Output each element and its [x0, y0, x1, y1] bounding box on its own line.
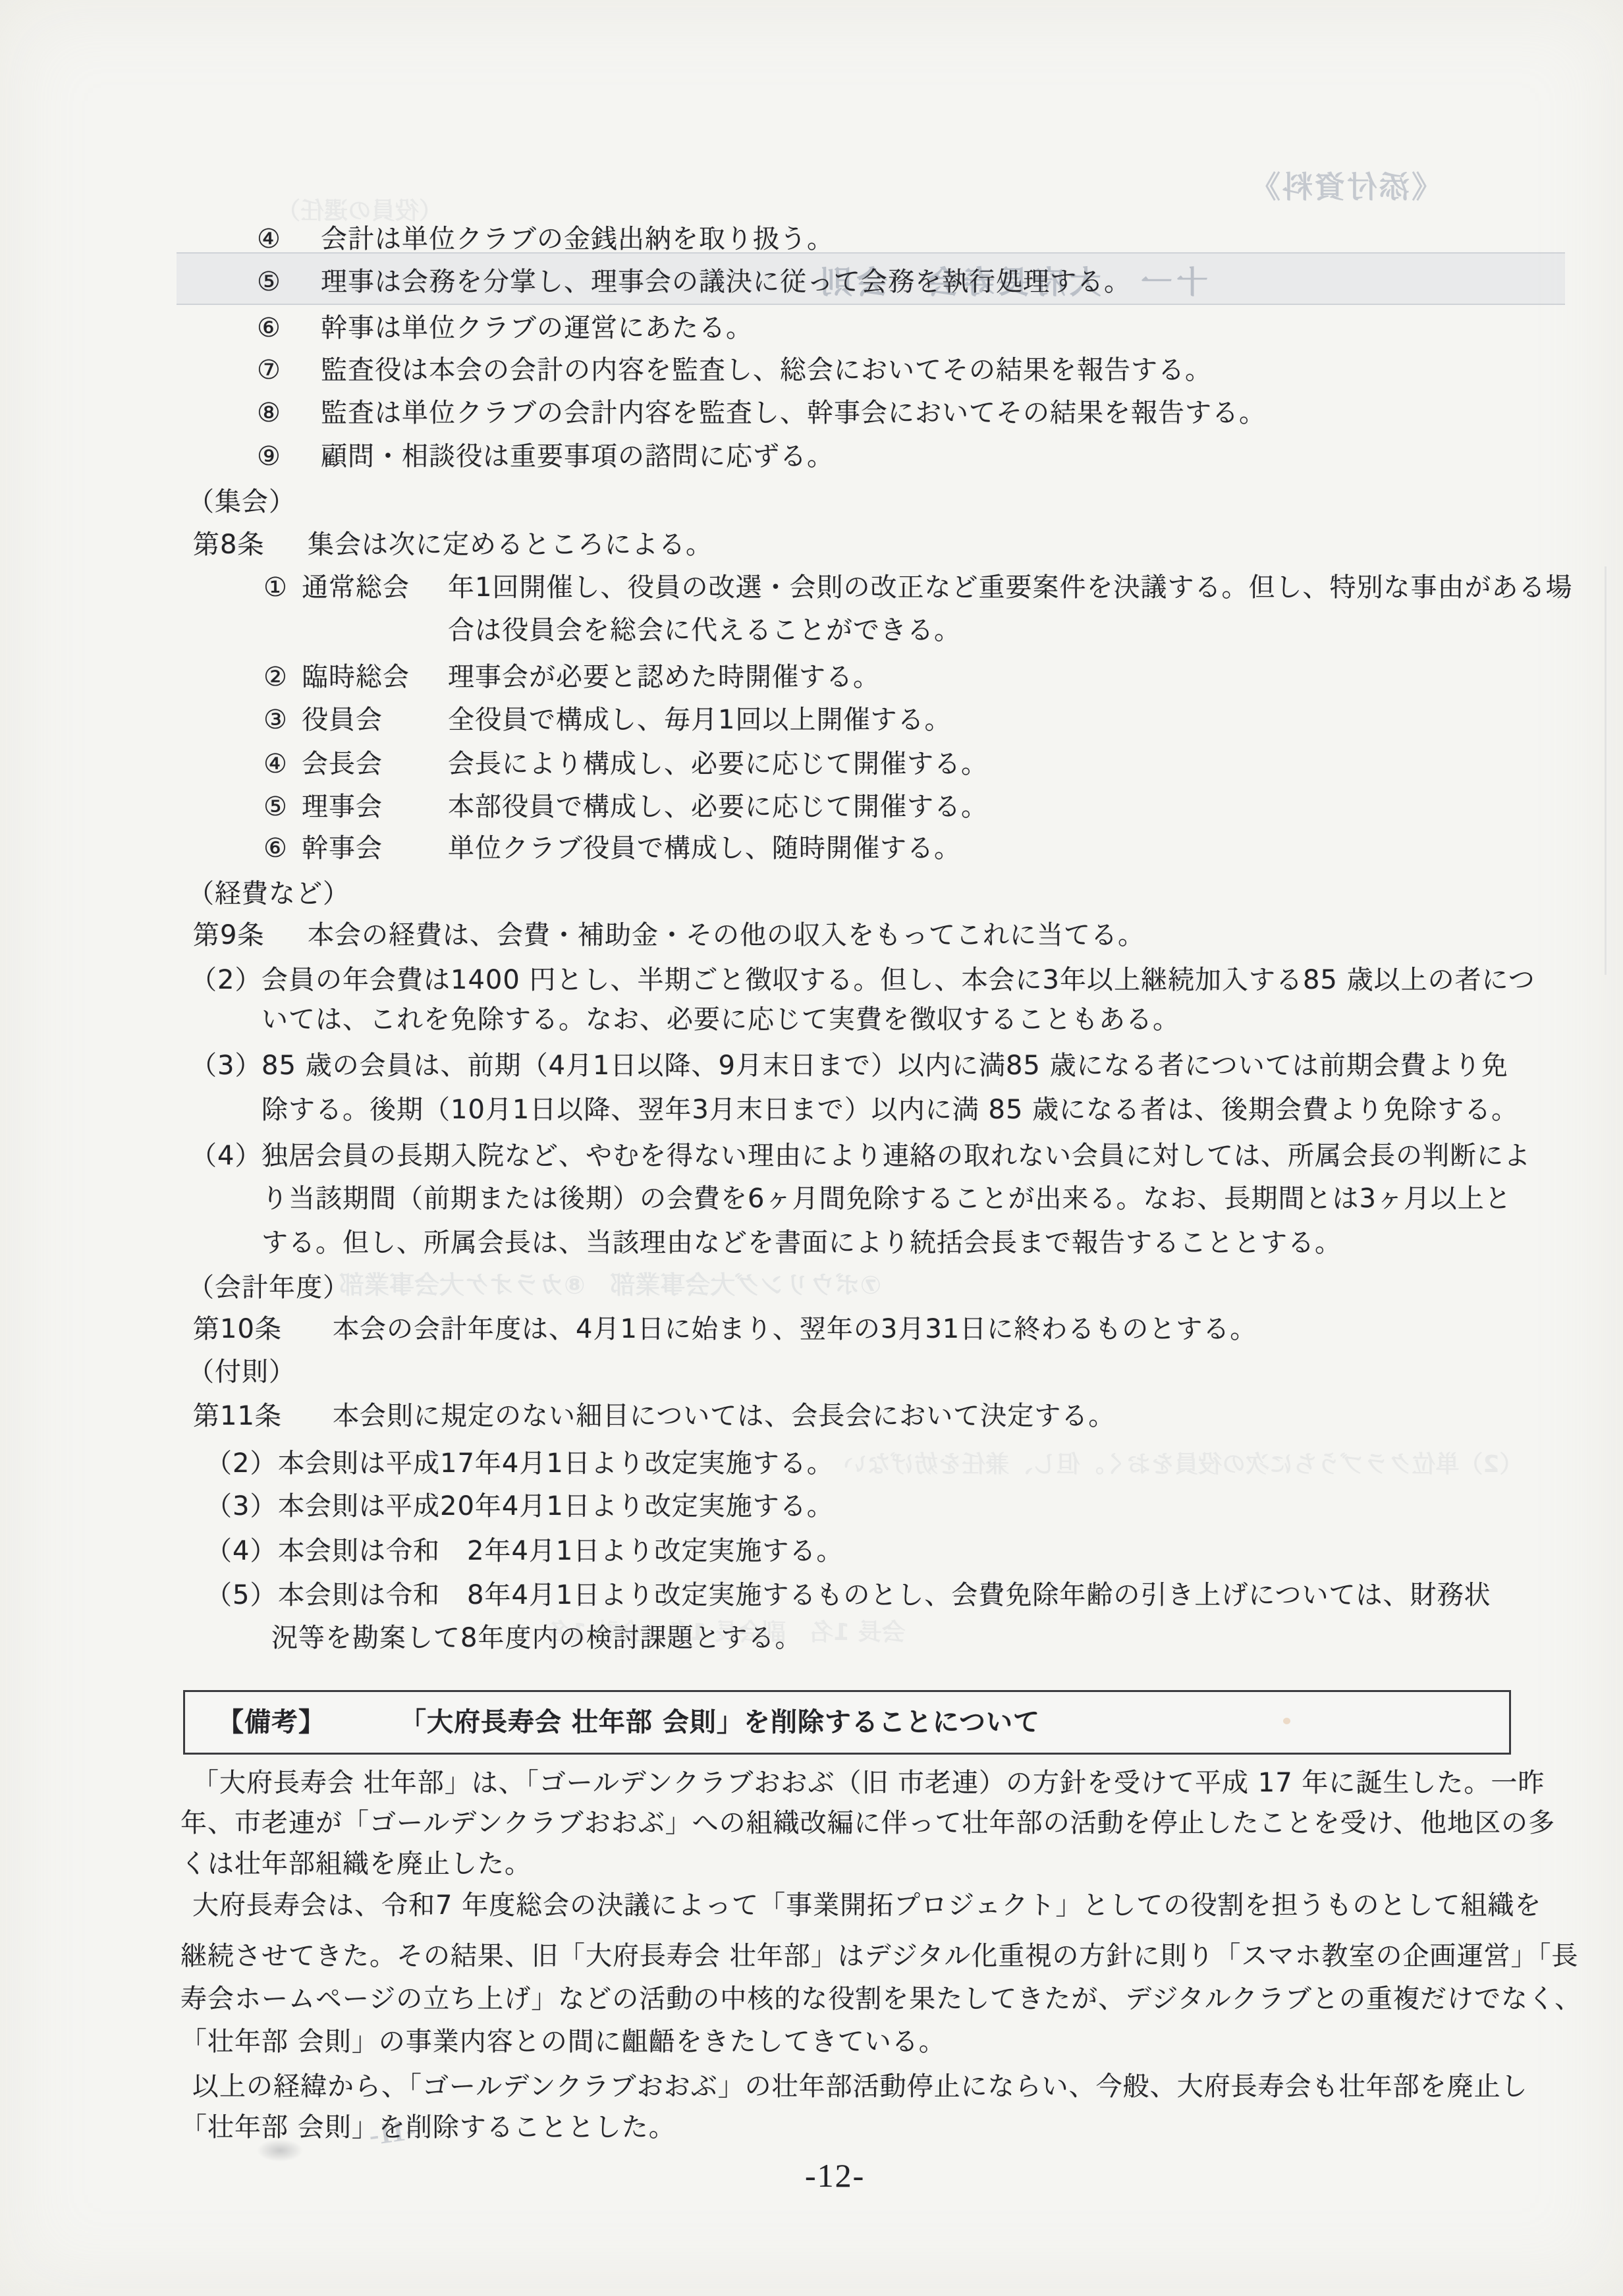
expense-item-3-marker: （3） [190, 1049, 261, 1082]
supplementary-item-2-marker: （2） [206, 1447, 277, 1480]
article-9-number: 第9条 [193, 919, 264, 952]
supplementary-section-label: （付則） [188, 1355, 296, 1388]
officer-duty-6-num: ⑥ [257, 312, 281, 344]
meeting-1-desc-line-2: 合は役員会を総会に代えることができる。 [448, 614, 961, 647]
officer-duty-5-num: ⑤ [257, 265, 281, 298]
officer-duty-9-num: ⑨ [257, 440, 281, 473]
officer-duty-7-text: 監査役は本会の会計の内容を監査し、総会においてその結果を報告する。 [321, 354, 1212, 387]
expense-item-4-line-1: 独居会員の長期入院など、やむを得ない理由により連絡の取れない会員に対しては、所属… [261, 1139, 1531, 1172]
meeting-1-name: 通常総会 [302, 571, 410, 604]
meeting-6-name: 幹事会 [302, 832, 383, 865]
article-11-text: 本会則に規定のない細目については、会長会において決定する。 [333, 1400, 1115, 1433]
bleedthrough-fragment-mid: ⑦ボウリング大会事業部 ⑧カラオケ大会事業部 [339, 1265, 881, 1301]
meeting-1-num: ① [263, 571, 288, 604]
meeting-6-num: ⑥ [263, 832, 288, 865]
officer-duty-9-text: 顧問・相談役は重要事項の諮問に応ずる。 [321, 440, 834, 473]
supplementary-item-3-text: 本会則は平成20年4月1日より改定実施する。 [278, 1490, 834, 1523]
officer-duty-8-num: ⑧ [257, 396, 281, 429]
remarks-paragraph-2-line-2: 継続させてきた。その結果、旧「大府長寿会 壮年部」はデジタル化重視の方針に則り「… [180, 1940, 1579, 1973]
article-8-text: 集会は次に定めるところによる。 [308, 528, 713, 561]
meeting-2-name: 臨時総会 [302, 661, 410, 694]
officer-duty-8-text: 監査は単位クラブの会計内容を監査し、幹事会においてその結果を報告する。 [321, 396, 1266, 429]
article-10-text: 本会の会計年度は、4月1日に始まり、翌年の3月31日に終わるものとする。 [333, 1313, 1257, 1346]
meeting-1-desc-line-1: 年1回開催し、役員の改選・会則の改正など重要案件を決議する。但し、特別な事由があ… [448, 571, 1572, 604]
expense-item-3-line-1: 85 歳の会員は、前期（4月1日以降、9月末日まで）以内に満85 歳になる者につ… [261, 1049, 1508, 1082]
bleedthrough-fragment-top: （役員の選任） [277, 192, 443, 226]
expense-item-4-marker: （4） [190, 1139, 261, 1172]
officer-duty-4-num: ④ [257, 223, 281, 256]
article-11-number: 第11条 [193, 1400, 282, 1433]
meeting-4-name: 会長会 [302, 748, 383, 780]
supplementary-item-5-line-1: 本会則は令和 8年4月1日より改定実施するものとし、会費免除年齢の引き上げについ… [278, 1579, 1491, 1612]
meeting-6-desc: 単位クラブ役員で構成し、随時開催する。 [448, 832, 961, 865]
meeting-4-desc: 会長により構成し、必要に応じて開催する。 [448, 748, 988, 780]
meeting-2-desc: 理事会が必要と認めた時開催する。 [448, 661, 880, 694]
article-8-number: 第8条 [193, 528, 264, 561]
meeting-5-desc: 本部役員で構成し、必要に応じて開催する。 [448, 790, 988, 823]
remarks-paragraph-3-line-2: 「壮年部 会則」を削除することとした。 [180, 2111, 676, 2144]
meeting-4-num: ④ [263, 748, 288, 780]
remarks-paragraph-1-line-3: くは壮年部組織を廃止した。 [180, 1847, 532, 1880]
officer-duty-4-text: 会計は単位クラブの金銭出納を取り扱う。 [321, 223, 834, 256]
meeting-3-desc: 全役員で構成し、毎月1回以上開催する。 [448, 703, 951, 736]
article-9-text: 本会の経費は、会費・補助金・その他の収入をもってこれに当てる。 [308, 919, 1145, 952]
remarks-paragraph-2-line-4: 「壮年部 会則」の事業内容との間に齟齬をきたしてきている。 [180, 2025, 946, 2058]
meeting-5-num: ⑤ [263, 790, 288, 823]
article-10-number: 第10条 [193, 1313, 282, 1346]
supplementary-item-5-line-2: 況等を勘案して8年度内の検討課題とする。 [271, 1622, 802, 1654]
supplementary-item-5-marker: （5） [206, 1579, 277, 1612]
supplementary-item-4-text: 本会則は令和 2年4月1日より改定実施する。 [278, 1535, 843, 1568]
meeting-2-num: ② [263, 661, 288, 694]
fiscal-section-label: （会計年度） [188, 1271, 350, 1304]
expense-item-2-line-1: 会員の年会費は1400 円とし、半期ごと徴収する。但し、本会に3年以上継続加入す… [261, 964, 1535, 997]
meeting-3-name: 役員会 [302, 703, 383, 736]
page-number: -12- [805, 2155, 865, 2197]
remarks-paragraph-1-line-1: 「大府長寿会 壮年部」は、「ゴールデンクラブおおぶ（旧 市老連）の方針を受けて平… [192, 1766, 1545, 1799]
officer-duty-5-text: 理事は会務を分掌し、理事会の議決に従って会務を執行処理する。 [321, 265, 1131, 298]
remarks-paragraph-2-line-1: 大府長寿会は、令和7 年度総会の決議によって「事業開拓プロジェクト」としての役割… [192, 1889, 1541, 1922]
bleedthrough-fragment-right: （2）単位クラブうちに次の役員をおく。但し、兼任を妨げない [843, 1446, 1523, 1479]
meeting-5-name: 理事会 [302, 790, 383, 823]
bleedthrough-vertical-rule [1605, 566, 1607, 975]
bleedthrough-corner-stamp: 《添付資料》 [1248, 163, 1442, 207]
expense-item-4-line-2: り当該期間（前期または後期）の会費を6ヶ月間免除することが出来る。なお、長期間と… [261, 1182, 1512, 1215]
remarks-paragraph-3-line-1: 以上の経緯から、「ゴールデンクラブおおぶ」の壮年部活動停止にならい、今般、大府長… [192, 2070, 1528, 2103]
remarks-heading-title: 「大府長寿会 壮年部 会則」を削除することについて [400, 1706, 1040, 1739]
expense-item-2-line-2: いては、これを免除する。なお、必要に応じて実費を徴収することもある。 [261, 1003, 1180, 1036]
supplementary-item-4-marker: （4） [206, 1535, 277, 1568]
remarks-heading-label: 【備考】 [217, 1706, 325, 1739]
supplementary-item-3-marker: （3） [206, 1490, 277, 1523]
officer-duty-6-text: 幹事は単位クラブの運営にあたる。 [321, 312, 753, 344]
meeting-3-num: ③ [263, 703, 288, 736]
remarks-paragraph-1-line-2: 年、市老連が「ゴールデンクラブおおぶ」への組織改編に伴って壮年部の活動を停止した… [180, 1807, 1555, 1840]
expense-item-4-line-3: する。但し、所属会長は、当該理由などを書面により統括会長まで報告することとする。 [261, 1226, 1342, 1259]
officer-duty-7-num: ⑦ [257, 354, 281, 387]
supplementary-item-2-text: 本会則は平成17年4月1日より改定実施する。 [278, 1447, 834, 1480]
remarks-paragraph-2-line-3: 寿会ホームページの立ち上げ」などの活動の中核的な役割を果たしてきたが、デジタルク… [180, 1982, 1582, 2015]
scanned-document-page: 《添付資料》 （役員の選任） 十一 大府長寿会 会則 ⑦ボウリング大会事業部 ⑧… [0, 0, 1623, 2296]
assembly-section-label: （集会） [188, 485, 296, 518]
expense-item-2-marker: （2） [190, 964, 261, 997]
expenses-section-label: （経費など） [188, 877, 350, 910]
expense-item-3-line-2: 除する。後期（10月1日以降、翌年3月末日まで）以内に満 85 歳になる者は、後… [261, 1093, 1518, 1126]
